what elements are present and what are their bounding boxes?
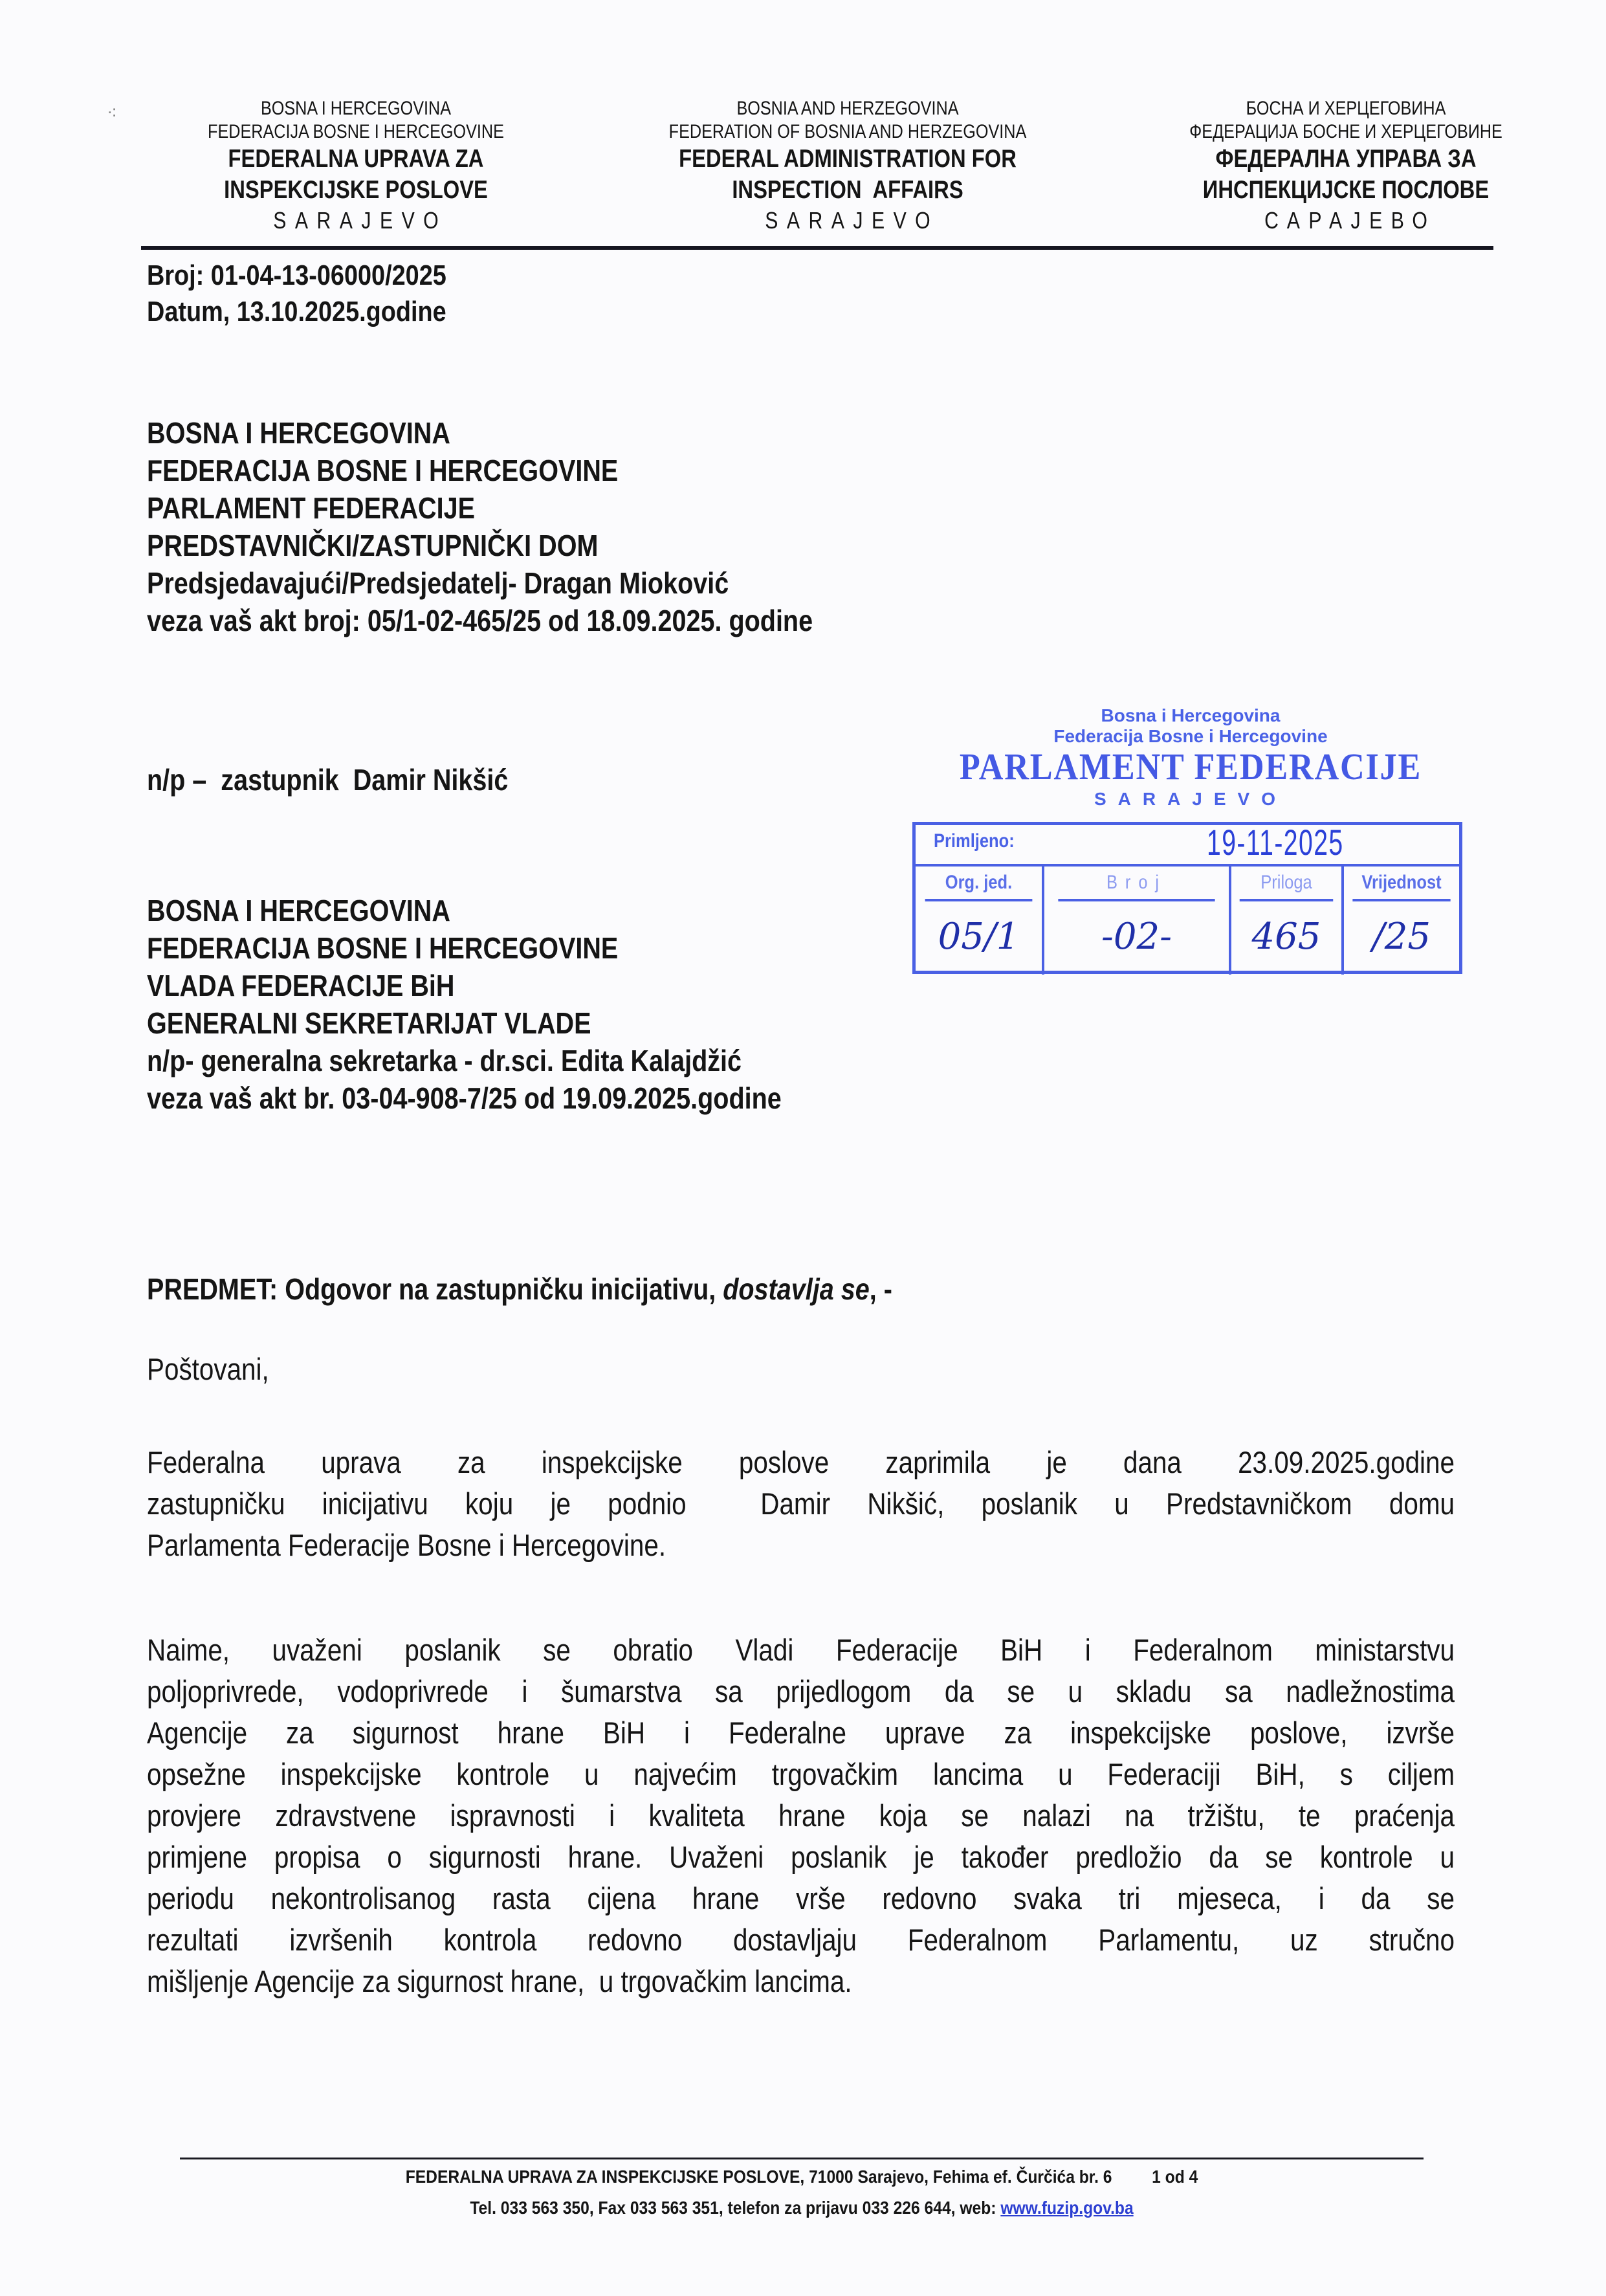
letterhead-line: БОСНА И ХЕРЦЕГОВИНА	[1139, 97, 1552, 120]
letterhead-line: FEDERAL ADMINISTRATION FOR	[608, 144, 1086, 175]
stamp-received-label: Primljeno:	[934, 830, 1015, 852]
footer-address: FEDERALNA UPRAVA ZA INSPEKCIJSKE POSLOVE…	[254, 2167, 1348, 2187]
letterhead-line: ФЕДЕРАЛНА УПРАВА ЗА	[1139, 144, 1552, 175]
subject-text: Odgovor na zastupničku inicijativu,	[278, 1272, 723, 1306]
stamp-registry-box: Primljeno: 19-11-2025 Org. jed. 05/1 Bro…	[912, 822, 1462, 974]
document-page: ⁖ BOSNA I HERCEGOVINA FEDERACIJA BOSNE I…	[0, 0, 1606, 2296]
parliament-registry-stamp: Bosna i Hercegovina Federacija Bosne i H…	[906, 705, 1475, 811]
stamp-grid: Org. jed. 05/1 Broj -02- Priloga 465 Vri…	[916, 867, 1459, 975]
page-number: 1 od 4	[1152, 2167, 1198, 2187]
stamp-cell-attachments: Priloga 465	[1231, 867, 1344, 975]
recipient-reference: veza vaš akt br. 03-04-908-7/25 od 19.09…	[147, 1079, 782, 1117]
letterhead-city: SARAJEVO	[147, 206, 573, 236]
stamp-header: Vrijednost	[1352, 867, 1450, 901]
website-link[interactable]: www.fuzip.gov.ba	[1000, 2198, 1133, 2218]
stamp-handwritten-value: 465	[1231, 901, 1341, 973]
paragraph-line: primjene propisa o sigurnosti hrane. Uva…	[147, 1837, 1455, 1878]
stamp-handwritten-value: -02-	[1044, 901, 1229, 973]
letterhead-line: INSPEKCIJSKE POSLOVE	[138, 175, 573, 206]
footer-contacts: Tel. 033 563 350, Fax 033 563 351, telef…	[254, 2198, 1348, 2218]
recipient-line: VLADA FEDERACIJE BiH	[147, 967, 782, 1004]
recipient-reference: veza vaš akt broj: 05/1-02-465/25 od 18.…	[147, 602, 813, 639]
paragraph-line: opsežne inspekcijske kontrole u najvećim…	[147, 1754, 1455, 1795]
paragraph-line: provjere zdravstvene ispravnosti i kvali…	[147, 1795, 1455, 1837]
letterhead-city: SARAJEVO	[617, 206, 1087, 236]
subject-suffix: , -	[870, 1272, 892, 1306]
recipient-line: FEDERACIJA BOSNE I HERCEGOVINE	[147, 929, 782, 967]
recipient-line: Predsjedavajući/Predsjedatelj- Dragan Mi…	[147, 564, 813, 602]
salutation: Poštovani,	[147, 1351, 269, 1387]
recipient-government: BOSNA I HERCEGOVINA FEDERACIJA BOSNE I H…	[147, 892, 782, 1117]
letterhead-line: FEDERATION OF BOSNIA AND HERZEGOVINA	[608, 120, 1086, 144]
letterhead-bosnian: BOSNA I HERCEGOVINA FEDERACIJA BOSNE I H…	[138, 97, 573, 236]
letterhead-line: ИНСПЕКЦИЈСКЕ ПОСЛОВЕ	[1139, 175, 1552, 206]
letterhead-line: BOSNA I HERCEGOVINA	[138, 97, 573, 120]
paragraph-line: periodu nekontrolisanog rasta cijena hra…	[147, 1878, 1455, 1919]
letterhead-line: ФЕДЕРАЦИЈА БОСНЕ И ХЕРЦЕГОВИНЕ	[1139, 120, 1552, 144]
letterhead-line: INSPECTION AFFAIRS	[608, 175, 1086, 206]
reference-number: Broj: 01-04-13-06000/2025	[147, 258, 446, 294]
letterhead-line: FEDERACIJA BOSNE I HERCEGOVINE	[138, 120, 573, 144]
paragraph-line: mišljenje Agencije za sigurnost hrane, u…	[147, 1961, 1455, 2002]
paragraph-1: Federalna uprava za inspekcijske poslove…	[147, 1442, 1455, 1566]
footer-contacts-text: Tel. 033 563 350, Fax 033 563 351, telef…	[470, 2198, 1000, 2218]
stamp-cell-number: Broj -02-	[1044, 867, 1231, 975]
paragraph-line: zastupničku inicijativu koju je podnio D…	[147, 1483, 1455, 1525]
stamp-received-row: Primljeno: 19-11-2025	[916, 825, 1459, 867]
letterhead-line: BOSNIA AND HERZEGOVINA	[608, 97, 1086, 120]
stamp-header: Org. jed.	[925, 867, 1033, 901]
subject-line: PREDMET: Odgovor na zastupničku inicijat…	[147, 1270, 892, 1308]
subject-italic: dostavlja se	[723, 1272, 869, 1306]
paragraph-line: Agencije za sigurnost hrane BiH i Federa…	[147, 1712, 1455, 1754]
reference-date: Datum, 13.10.2025.godine	[147, 294, 446, 330]
footer-divider	[180, 2158, 1424, 2159]
paragraph-2: Naime, uvaženi poslanik se obratio Vladi…	[147, 1629, 1455, 2002]
footer-address-text: FEDERALNA UPRAVA ZA INSPEKCIJSKE POSLOVE…	[406, 2167, 1112, 2187]
stamp-city: SARAJEVO	[906, 787, 1475, 811]
recipient-line: PARLAMENT FEDERACIJE	[147, 489, 813, 527]
recipient-line: GENERALNI SEKRETARIJAT VLADE	[147, 1004, 782, 1042]
paragraph-line: Naime, uvaženi poslanik se obratio Vladi…	[147, 1629, 1455, 1671]
recipient-parliament: BOSNA I HERCEGOVINA FEDERACIJA BOSNE I H…	[147, 414, 813, 639]
subject-label: PREDMET:	[147, 1272, 278, 1306]
stamp-handwritten-value: 05/1	[916, 901, 1042, 973]
letterhead-cyrillic: БОСНА И ХЕРЦЕГОВИНА ФЕДЕРАЦИЈА БОСНЕ И Х…	[1139, 97, 1552, 236]
paragraph-line: rezultati izvršenih kontrola redovno dos…	[147, 1919, 1455, 1961]
letterhead-divider	[141, 246, 1493, 250]
recipient-line: BOSNA I HERCEGOVINA	[147, 414, 813, 452]
stamp-cell-value: Vrijednost /25	[1344, 867, 1459, 975]
recipient-attention: n/p – zastupnik Damir Nikšić	[147, 761, 508, 799]
stamp-received-date: 19-11-2025	[1207, 821, 1344, 863]
stamp-header: Priloga	[1240, 867, 1334, 901]
stamp-line: Bosna i Hercegovina	[906, 705, 1475, 726]
stamp-title: PARLAMENT FEDERACIJE	[934, 747, 1447, 787]
letterhead-english: BOSNIA AND HERZEGOVINA FEDERATION OF BOS…	[608, 97, 1086, 236]
paragraph-line: Federalna uprava za inspekcijske poslove…	[147, 1442, 1455, 1483]
reference-block: Broj: 01-04-13-06000/2025 Datum, 13.10.2…	[147, 258, 446, 330]
recipient-line: n/p- generalna sekretarka - dr.sci. Edit…	[147, 1042, 782, 1079]
paragraph-line: Parlamenta Federacije Bosne i Hercegovin…	[147, 1525, 1455, 1566]
recipient-line: BOSNA I HERCEGOVINA	[147, 892, 782, 929]
letterhead-line: FEDERALNA UPRAVA ZA	[138, 144, 573, 175]
stamp-header: Broj	[1058, 867, 1215, 901]
stamp-cell-org-unit: Org. jed. 05/1	[916, 867, 1044, 975]
paragraph-line: poljoprivrede, vodoprivrede i šumarstva …	[147, 1671, 1455, 1712]
stamp-line: Federacija Bosne i Hercegovine	[906, 726, 1475, 747]
letterhead-city: САРАЈЕВО	[1148, 206, 1552, 236]
recipient-line: FEDERACIJA BOSNE I HERCEGOVINE	[147, 452, 813, 489]
recipient-line: PREDSTAVNIČKI/ZASTUPNIČKI DOM	[147, 527, 813, 564]
stamp-handwritten-value: /25	[1344, 901, 1459, 973]
